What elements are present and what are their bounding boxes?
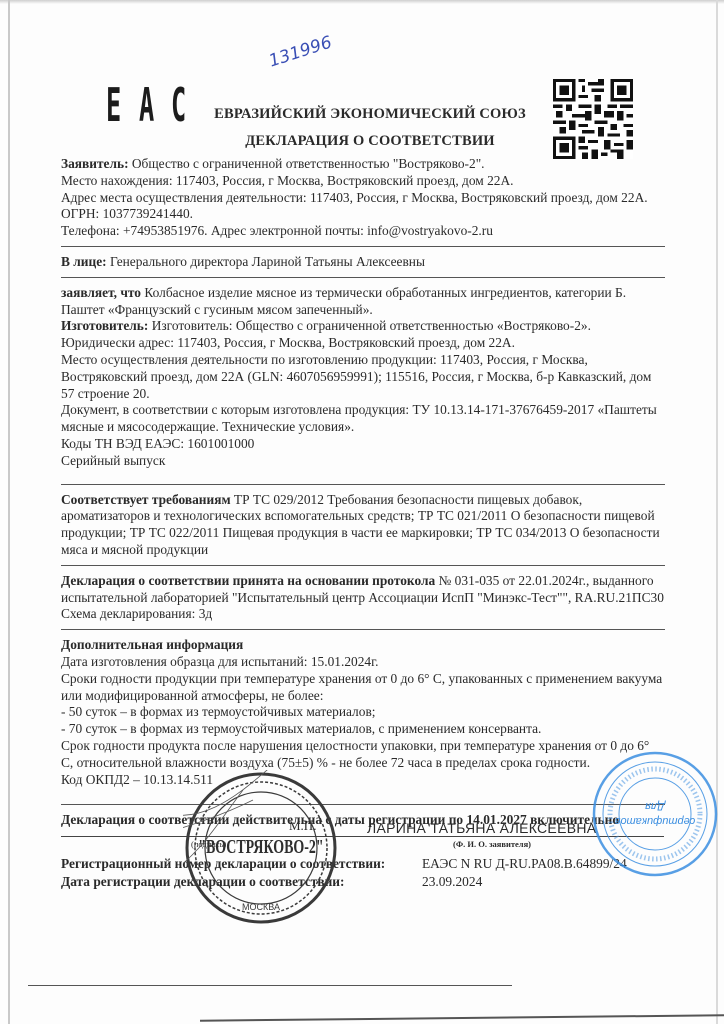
divider (61, 246, 665, 247)
company-seal-icon: "ВОСТРЯКОВО-2" МОСКВА (183, 770, 339, 926)
eac-logo: Е А С (106, 84, 199, 126)
declaration-body: Заявитель: Общество с ограниченной ответ… (61, 156, 664, 829)
product-description: Колбасное изделие мясное из термически о… (61, 285, 626, 317)
production-site: Место осуществления деятельности по изго… (61, 352, 664, 402)
release-type: Серийный выпуск (61, 453, 664, 470)
signer-name: ЛАРИНА ТАТЬЯНА АЛЕКСЕЕВНА (367, 820, 596, 836)
svg-text:МОСКВА: МОСКВА (242, 902, 280, 912)
document-header: ЕВРАЗИЙСКИЙ ЭКОНОМИЧЕСКИЙ СОЮЗ ДЕКЛАРАЦИ… (200, 106, 540, 150)
divider (61, 565, 665, 566)
represented-by-label: В лице: (61, 254, 107, 269)
technical-standard: Документ, в соответствии с которым изгот… (61, 402, 664, 436)
eac-letter: А (139, 84, 154, 126)
shelf-life-50: - 50 суток – в формах из термоустойчивых… (61, 704, 664, 721)
manufacturer-label: Изготовитель: (61, 318, 148, 333)
eac-letter: С (171, 84, 186, 126)
divider (61, 277, 665, 278)
svg-text:Для: Для (645, 800, 667, 812)
name-caption: (Ф. И. О. заявителя) (453, 839, 531, 849)
applicant-name: Общество с ограниченной ответственностью… (129, 156, 485, 171)
signature-block: М.П. ЛАРИНА ТАТЬЯНА АЛЕКСЕЕВНА (подпись)… (61, 822, 664, 852)
legal-address: Юридически адрес: 117403, Россия, г Моск… (61, 335, 664, 352)
page-bottom-edge (200, 1014, 724, 1021)
svg-text:сертификатов: сертификатов (614, 815, 695, 827)
applicant-contacts: Телефона: +74953851976. Адрес электронно… (61, 223, 664, 240)
divider (61, 629, 665, 630)
after-opening-shelf-life: Срок годности продукта после нарушения ц… (61, 738, 664, 772)
shelf-life-intro: Сроки годности продукции при температуре… (61, 671, 664, 705)
applicant-label: Заявитель: (61, 156, 129, 171)
basis-section: Декларация о соответствии принята на осн… (61, 573, 664, 623)
additional-info-label: Дополнительная информация (61, 637, 664, 654)
applicant-location: Место нахождения: 117403, Россия, г Моск… (61, 173, 664, 190)
certification-seal-icon: сертификатов Для (591, 750, 719, 878)
basis-label: Декларация о соответствии принята на осн… (61, 573, 435, 588)
declaration-scheme: Схема декларирования: 3д (61, 606, 664, 623)
registration-date-value: 23.09.2024 (422, 874, 482, 890)
footer-divider (28, 985, 512, 986)
additional-info-section: Дополнительная информация Дата изготовле… (61, 637, 664, 788)
applicant-section: Заявитель: Общество с ограниченной ответ… (61, 156, 664, 240)
document-title: ДЕКЛАРАЦИЯ О СООТВЕТСТВИИ (200, 133, 540, 150)
page-left-edge (8, 0, 10, 1024)
eac-letter: Е (106, 84, 121, 126)
manufacturer-value: Изготовитель: Общество с ограниченной от… (148, 318, 591, 333)
declares-label: заявляет, что (61, 285, 141, 300)
tn-ved-code: Коды ТН ВЭД ЕАЭС: 1601001000 (61, 436, 664, 453)
divider (61, 804, 665, 805)
signature-line (61, 836, 664, 837)
divider (61, 484, 665, 485)
union-title: ЕВРАЗИЙСКИЙ ЭКОНОМИЧЕСКИЙ СОЮЗ (200, 106, 540, 123)
declares-section: заявляет, что Колбасное изделие мясное и… (61, 285, 664, 470)
page-top-edge (0, 0, 724, 4)
sample-date: Дата изготовления образца для испытаний:… (61, 654, 664, 671)
shelf-life-70: - 70 суток – в формах из термоустойчивых… (61, 721, 664, 738)
okpd2-code: Код ОКПД2 – 10.13.14.511 (61, 772, 664, 789)
qr-code-icon (553, 79, 633, 159)
applicant-activity-address: Адрес места осуществления деятельности: … (61, 190, 664, 224)
svg-text:"ВОСТРЯКОВО-2": "ВОСТРЯКОВО-2" (198, 836, 323, 858)
represented-by-value: Генерального директора Лариной Татьяны А… (107, 254, 425, 269)
handwritten-number: 131996 (266, 32, 334, 71)
compliance-label: Соответствует требованиям (61, 492, 231, 507)
